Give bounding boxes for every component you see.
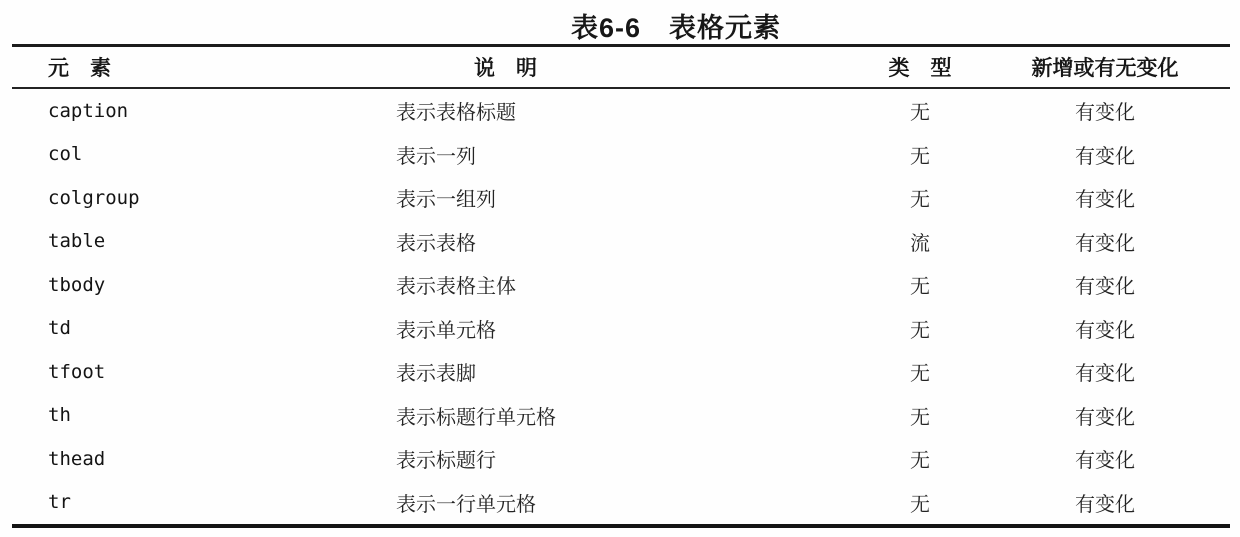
table-row: colgroup 表示一组列 无 有变化 [12,176,1230,220]
header-element: 元 素 [12,52,390,82]
cell-element: th [12,404,390,426]
cell-change: 有变化 [980,314,1230,343]
cell-description: 表示表脚 [390,357,860,386]
table-row: col 表示一列 无 有变化 [12,133,1230,177]
table-caption-title: 表6-6 表格元素 [56,6,1240,45]
cell-element: table [12,230,390,252]
cell-description: 表示一组列 [390,183,860,212]
cell-description: 表示一行单元格 [390,488,860,517]
cell-type: 流 [860,227,980,256]
cell-description: 表示一列 [390,140,860,169]
cell-change: 有变化 [980,357,1230,386]
cell-type: 无 [860,401,980,430]
cell-element: tr [12,491,390,513]
table-row: tr 表示一行单元格 无 有变化 [12,481,1230,525]
cell-description: 表示表格 [390,227,860,256]
cell-change: 有变化 [980,401,1230,430]
cell-element: col [12,143,390,165]
cell-change: 有变化 [980,444,1230,473]
cell-change: 有变化 [980,140,1230,169]
cell-element: caption [12,100,390,122]
table-row: tbody 表示表格主体 无 有变化 [12,263,1230,307]
cell-type: 无 [860,270,980,299]
cell-element: colgroup [12,187,390,209]
table-row: caption 表示表格标题 无 有变化 [12,89,1230,133]
header-type: 类 型 [860,52,980,82]
table-row: tfoot 表示表脚 无 有变化 [12,350,1230,394]
scanned-page: 表6-6 表格元素 元 素 说 明 类 型 新增或有无变化 caption 表示… [0,0,1240,537]
cell-element: thead [12,448,390,470]
cell-element: tbody [12,274,390,296]
cell-type: 无 [860,444,980,473]
cell-change: 有变化 [980,270,1230,299]
cell-type: 无 [860,96,980,125]
cell-description: 表示表格标题 [390,96,860,125]
cell-change: 有变化 [980,96,1230,125]
table-body: caption 表示表格标题 无 有变化 col 表示一列 无 有变化 colg… [12,89,1230,524]
cell-description: 表示表格主体 [390,270,860,299]
cell-type: 无 [860,357,980,386]
cell-description: 表示标题行单元格 [390,401,860,430]
cell-change: 有变化 [980,488,1230,517]
table-row: td 表示单元格 无 有变化 [12,307,1230,351]
cell-description: 表示单元格 [390,314,860,343]
elements-table: 元 素 说 明 类 型 新增或有无变化 caption 表示表格标题 无 有变化… [12,44,1230,528]
cell-type: 无 [860,488,980,517]
cell-description: 表示标题行 [390,444,860,473]
cell-type: 无 [860,314,980,343]
cell-element: td [12,317,390,339]
cell-type: 无 [860,183,980,212]
table-row: th 表示标题行单元格 无 有变化 [12,394,1230,438]
cell-element: tfoot [12,361,390,383]
table-row: thead 表示标题行 无 有变化 [12,437,1230,481]
table-row: table 表示表格 流 有变化 [12,220,1230,264]
cell-change: 有变化 [980,183,1230,212]
header-change: 新增或有无变化 [980,52,1230,82]
table-header-row: 元 素 说 明 类 型 新增或有无变化 [12,47,1230,89]
cell-change: 有变化 [980,227,1230,256]
header-description: 说 明 [390,52,860,82]
cell-type: 无 [860,140,980,169]
